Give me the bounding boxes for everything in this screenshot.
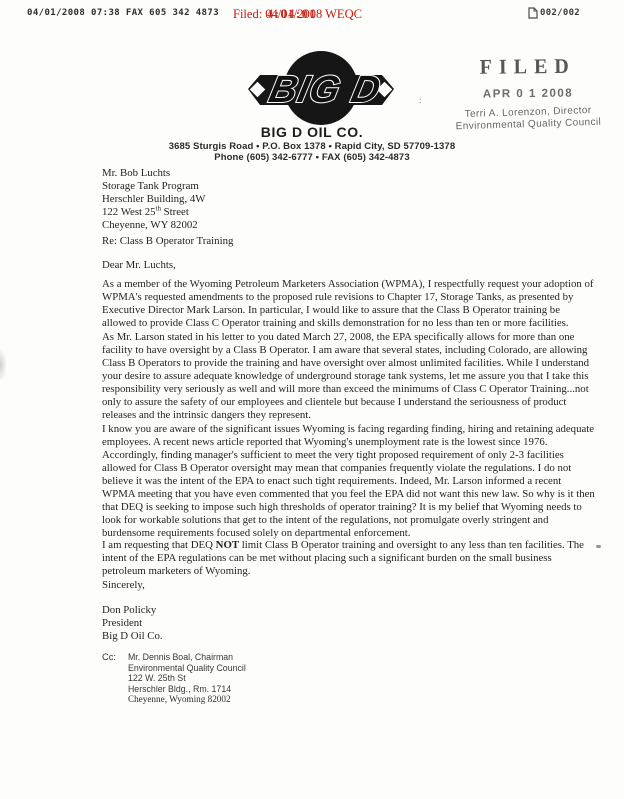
re-subject-line: Re: Class B Operator Training bbox=[102, 235, 233, 248]
fax-page-indicator: 002/002 bbox=[528, 7, 580, 19]
big-d-logo-text: BIG D bbox=[265, 68, 385, 111]
filed-stamp: FILED APR 0 1 2008 Terri A. Lorenzon, Di… bbox=[438, 55, 619, 131]
signer-company: Big D Oil Co. bbox=[102, 630, 163, 643]
recipient-city: Cheyenne, WY 82002 bbox=[102, 219, 205, 232]
efiling-stamp-overlap-text: 4:04:01 bbox=[267, 7, 317, 22]
recipient-street-number: 122 West 25 bbox=[102, 206, 156, 218]
cc-name: Mr. Dennis Boal, Chairman bbox=[128, 652, 246, 663]
paragraph-4: I am requesting that DEQ NOT limit Class… bbox=[102, 539, 596, 578]
paragraph-2: As Mr. Larson stated in his letter to yo… bbox=[102, 331, 596, 422]
company-address: 3685 Sturgis Road • P.O. Box 1378 • Rapi… bbox=[0, 141, 624, 152]
cc-recipient: Mr. Dennis Boal, Chairman Environmental … bbox=[128, 652, 246, 705]
signature-block: Don Policky President Big D Oil Co. bbox=[102, 604, 163, 643]
signer-name: Don Policky bbox=[102, 604, 163, 617]
cc-building: Herschler Bldg., Rm. 1714 bbox=[128, 684, 246, 695]
company-phone-fax: Phone (605) 342-6777 • FAX (605) 342-487… bbox=[0, 152, 624, 163]
fax-header-line: 04/01/2008 07:38 FAX 605 342 4873 bbox=[27, 8, 219, 18]
fax-page-count: 002/002 bbox=[540, 8, 580, 18]
cc-city: Cheyenne, Wyoming 82002 bbox=[128, 694, 246, 705]
salutation: Dear Mr. Luchts, bbox=[102, 259, 176, 272]
page-icon bbox=[528, 7, 538, 19]
cc-label: Cc: bbox=[102, 652, 116, 705]
filed-stamp-title: FILED bbox=[438, 54, 618, 80]
recipient-building: Herschler Building, 4W bbox=[102, 193, 205, 206]
scan-spot-artifact bbox=[596, 545, 601, 548]
scan-smudge-artifact bbox=[0, 348, 7, 382]
company-name: BIG D OIL CO. bbox=[0, 124, 624, 140]
recipient-address-block: Mr. Bob Luchts Storage Tank Program Hers… bbox=[102, 167, 205, 232]
cc-street: 122 W. 25th St bbox=[128, 673, 246, 684]
big-d-logo-graphic: BIG D bbox=[247, 48, 395, 130]
recipient-street-name: Street bbox=[161, 206, 189, 218]
big-d-logo: BIG D bbox=[247, 48, 395, 135]
scan-tick-artifact: : bbox=[419, 95, 421, 103]
efiling-red-stamp: Filed: 04/01/2008 WEQC 4:04:01 bbox=[233, 7, 403, 25]
paragraph-1: As a member of the Wyoming Petroleum Mar… bbox=[102, 278, 596, 330]
recipient-street: 122 West 25th Street bbox=[102, 206, 205, 219]
cc-block: Cc: Mr. Dennis Boal, Chairman Environmen… bbox=[102, 652, 246, 705]
filed-stamp-date: APR 0 1 2008 bbox=[438, 87, 618, 101]
cc-org: Environmental Quality Council bbox=[128, 663, 246, 674]
paragraph-4-start: I am requesting that DEQ bbox=[102, 539, 216, 551]
closing: Sincerely, bbox=[102, 579, 145, 592]
signer-title: President bbox=[102, 617, 163, 630]
recipient-dept: Storage Tank Program bbox=[102, 180, 205, 193]
paragraph-4-emphasis: NOT bbox=[216, 539, 239, 551]
recipient-name: Mr. Bob Luchts bbox=[102, 167, 205, 180]
paragraph-3: I know you are aware of the significant … bbox=[102, 423, 596, 540]
scanned-letter-page: { "fax_header": { "line": "04/01/2008 07… bbox=[0, 0, 624, 799]
